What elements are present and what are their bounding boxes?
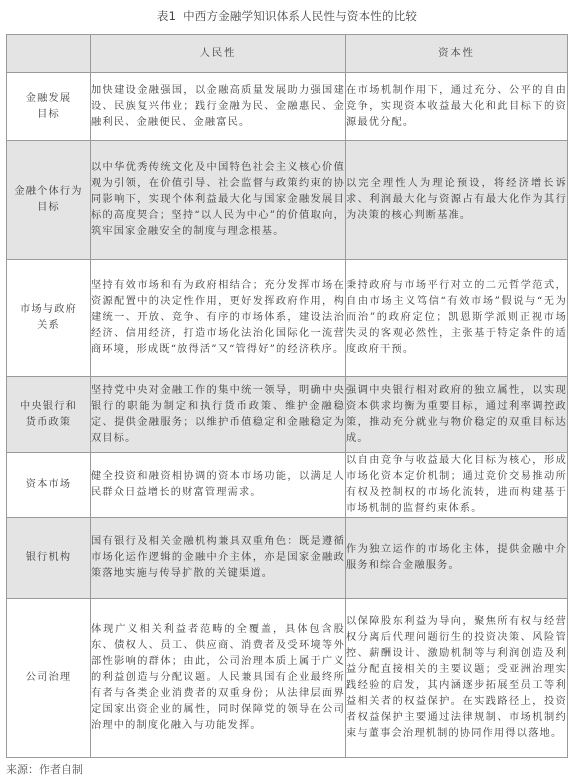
table-row: 市场与政府 关系 坚持有效市场和有为政府相结合；充分发挥市场在资源配置中的决定性…	[7, 260, 568, 377]
people-cell: 体现广义相关利益者范畴的全覆盖，具体包含股东、债权人、员工、供应商、消费者及受环…	[91, 599, 346, 758]
capital-cell: 以保障股东利益为导向，聚焦所有权与经营权分离后代理问题衍生的投资决策、风险管控、…	[346, 599, 568, 758]
row-dimension: 金融发展 目标	[7, 73, 91, 141]
source-note: 来源：作者自制	[6, 761, 83, 777]
header-capital-nature: 资本性	[346, 35, 568, 73]
people-cell: 以中华优秀传统文化及中国特色社会主义核心价值观为引领，在价值引导、社会监督与政策…	[91, 141, 346, 260]
table-row: 银行机构 国有银行及相关金融机构兼具双重角色：既是遵循市场化运作逻辑的金融中介主…	[7, 518, 568, 599]
table-row: 公司治理 体现广义相关利益者范畴的全覆盖，具体包含股东、债权人、员工、供应商、消…	[7, 599, 568, 758]
table-title: 中西方金融学知识体系人民性与资本性的比较	[183, 9, 417, 23]
table-number: 表1	[157, 9, 176, 23]
row-dimension: 资本市场	[7, 453, 91, 518]
capital-cell: 强调中央银行相对政府的独立属性，以实现资本供求均衡为重要目标，通过利率调控政策，…	[346, 377, 568, 453]
people-cell: 健全投资和融资相协调的资本市场功能，以满足人民群众日益增长的财富管理需求。	[91, 453, 346, 518]
capital-cell: 以自由竞争与收益最大化目标为核心，形成市场化资本定价机制；通过竞价交易推动所有权…	[346, 453, 568, 518]
capital-cell: 在市场机制作用下，通过充分、公平的自由竞争，实现资本收益最大化和此目标下的资源最…	[346, 73, 568, 141]
source-text: 作者自制	[39, 763, 83, 776]
people-cell: 国有银行及相关金融机构兼具双重角色：既是遵循市场化运作逻辑的金融中介主体，亦是国…	[91, 518, 346, 599]
row-dimension: 银行机构	[7, 518, 91, 599]
capital-cell: 以完全理性人为理论预设，将经济增长诉求、利润最大化与资源占有最大化作为其行为决策…	[346, 141, 568, 260]
people-cell: 坚持有效市场和有为政府相结合；充分发挥市场在资源配置中的决定性作用，更好发挥政府…	[91, 260, 346, 377]
capital-cell: 秉持政府与市场平行对立的二元哲学范式，自由市场主义笃信“有效市场”假说与“无为而…	[346, 260, 568, 377]
row-dimension: 市场与政府 关系	[7, 260, 91, 377]
table-caption: 表1中西方金融学知识体系人民性与资本性的比较	[0, 8, 574, 24]
comparison-table: 人民性 资本性 金融发展 目标 加快建设金融强国，以金融高质量发展助力强国建设、…	[6, 34, 568, 758]
table-row: 中央银行和 货币政策 坚持党中央对金融工作的集中统一领导，明确中央银行的职能为制…	[7, 377, 568, 453]
people-cell: 加快建设金融强国，以金融高质量发展助力强国建设、民族复兴伟业；践行金融为民、金融…	[91, 73, 346, 141]
row-dimension: 金融个体行为 目标	[7, 141, 91, 260]
table-row: 资本市场 健全投资和融资相协调的资本市场功能，以满足人民群众日益增长的财富管理需…	[7, 453, 568, 518]
header-people-nature: 人民性	[91, 35, 346, 73]
people-cell: 坚持党中央对金融工作的集中统一领导，明确中央银行的职能为制定和执行货币政策、维护…	[91, 377, 346, 453]
row-dimension: 中央银行和 货币政策	[7, 377, 91, 453]
row-dimension: 公司治理	[7, 599, 91, 758]
table-header-row: 人民性 资本性	[7, 35, 568, 73]
source-label: 来源：	[6, 763, 39, 776]
capital-cell: 作为独立运作的市场化主体，提供金融中介服务和综合金融服务。	[346, 518, 568, 599]
table-row: 金融发展 目标 加快建设金融强国，以金融高质量发展助力强国建设、民族复兴伟业；践…	[7, 73, 568, 141]
header-dimension	[7, 35, 91, 73]
table-row: 金融个体行为 目标 以中华优秀传统文化及中国特色社会主义核心价值观为引领，在价值…	[7, 141, 568, 260]
